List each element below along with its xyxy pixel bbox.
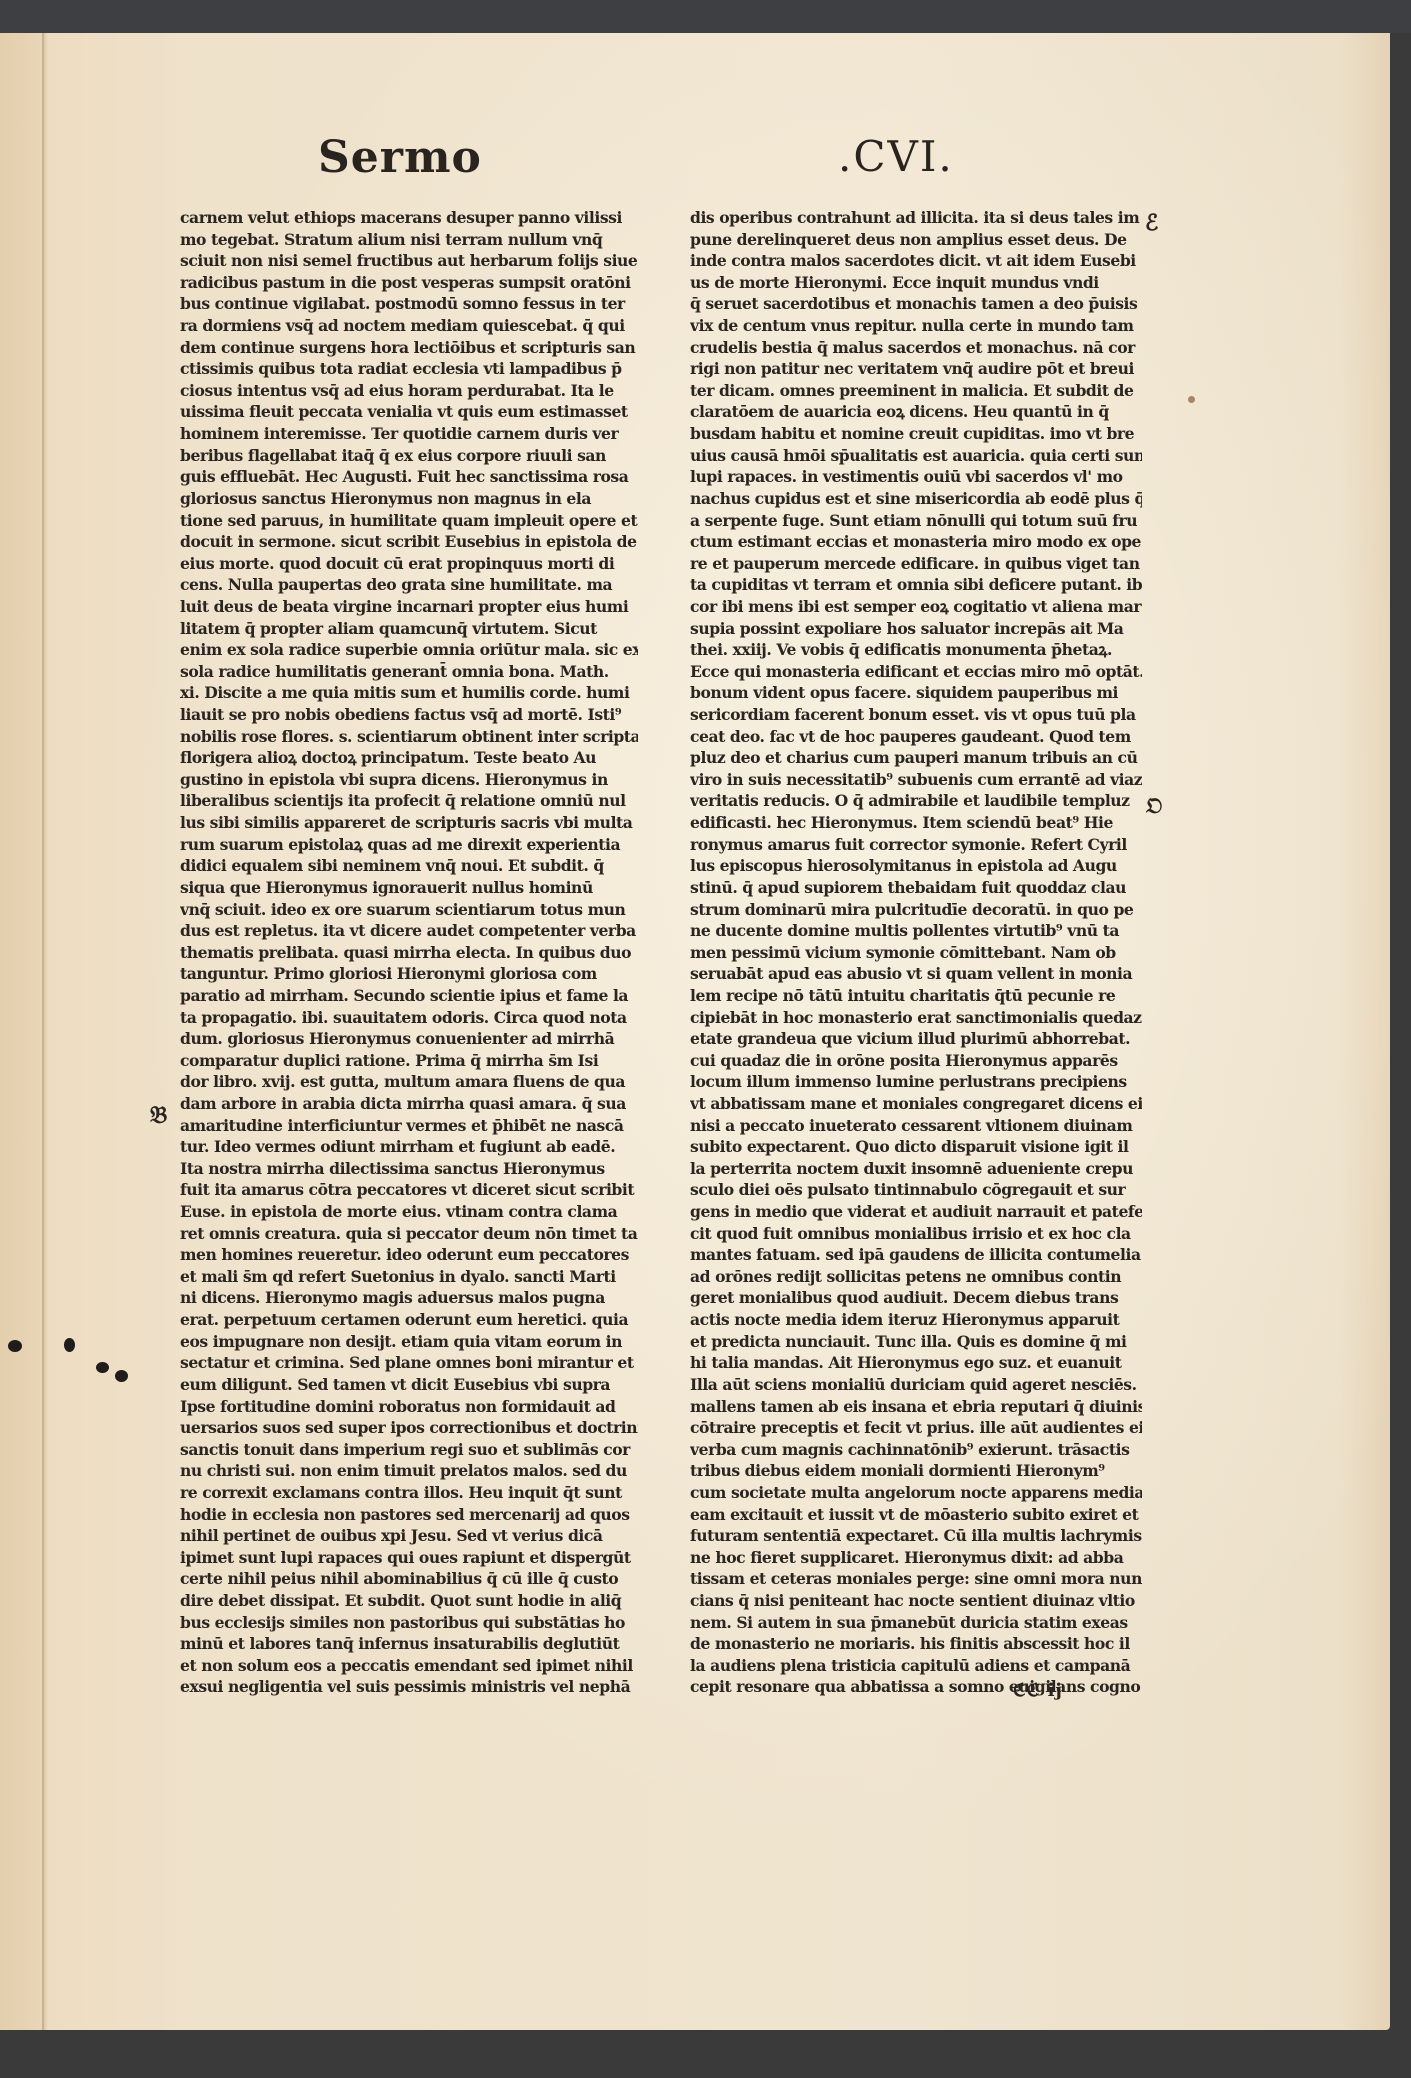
text-line: eius morte. quod docuit cū erat propinqu… — [180, 553, 638, 575]
text-line: paratio ad mirrham. Secundo scientie ipi… — [180, 985, 638, 1007]
text-line: verba cum magnis cachinnatōnib⁹ exierunt… — [690, 1439, 1142, 1461]
text-line: fuit ita amarus cōtra peccatores vt dice… — [180, 1179, 638, 1201]
text-line: hominem interemisse. Ter quotidie carnem… — [180, 423, 638, 445]
text-line: nobilis rose flores. s. scientiarum obti… — [180, 726, 638, 748]
text-line: mallens tamen ab eis insana et ebria rep… — [690, 1396, 1142, 1418]
text-line: nu christi sui. non enim timuit prelatos… — [180, 1460, 638, 1482]
text-line: ronymus amarus fuit corrector symonie. R… — [690, 834, 1142, 856]
text-line: re et pauperum mercede edificare. in qui… — [690, 553, 1142, 575]
text-line: etate grandeua que vicium illud plurimū … — [690, 1028, 1142, 1050]
text-line: et mali s̄m qd refert Suetonius in dyalo… — [180, 1266, 638, 1288]
marginal-letter: 𝔒 — [1146, 793, 1162, 819]
text-line: cepit resonare qua abbatissa a somno eui… — [690, 1676, 1142, 1698]
text-line: certe nihil peius nihil abominabilius q̄… — [180, 1568, 638, 1590]
ink-blot — [96, 1362, 109, 1373]
ink-blot — [115, 1370, 128, 1382]
text-line: nachus cupidus est et sine misericordia … — [690, 488, 1142, 510]
ink-blot — [64, 1338, 75, 1352]
text-line: subito expectarent. Quo dicto disparuit … — [690, 1136, 1142, 1158]
marginal-letter: ℰ — [1145, 210, 1158, 236]
text-line: tissam et ceteras moniales perge: sine o… — [690, 1568, 1142, 1590]
text-line: us de morte Hieronymi. Ecce inquit mundu… — [690, 272, 1142, 294]
text-line: dam arbore in arabia dicta mirrha quasi … — [180, 1093, 638, 1115]
text-line: amaritudine interficiuntur vermes et p̄h… — [180, 1115, 638, 1137]
text-line: sanctis tonuit dans imperium regi suo et… — [180, 1439, 638, 1461]
text-line: cor ibi mens ibi est semper eoꝝ cogitati… — [690, 596, 1142, 618]
text-line: litatem q̄ propter aliam quamcunq̄ virtu… — [180, 618, 638, 640]
text-line: Ita nostra mirrha dilectissima sanctus H… — [180, 1158, 638, 1180]
text-line: bonum vident opus facere. siquidem paupe… — [690, 682, 1142, 704]
text-line: edificasti. hec Hieronymus. Item sciendū… — [690, 812, 1142, 834]
text-line: ceat deo. fac vt de hoc pauperes gaudean… — [690, 726, 1142, 748]
text-line: rigi non patitur nec veritatem vnq̄ audi… — [690, 358, 1142, 380]
text-line: erat. perpetuum certamen oderunt eum her… — [180, 1309, 638, 1331]
text-line: re correxit exclamans contra illos. Heu … — [180, 1482, 638, 1504]
text-line: thei. xxiij. Ve vobis q̄ edificatis monu… — [690, 639, 1142, 661]
text-line: Ecce qui monasteria edificant et eccias … — [690, 661, 1142, 683]
text-line: uissima fleuit peccata venialia vt quis … — [180, 401, 638, 423]
text-line: comparatur duplici ratione. Prima q̄ mir… — [180, 1050, 638, 1072]
text-line: luit deus de beata virgine incarnari pro… — [180, 596, 638, 618]
text-line: lus episcopus hierosolymitanus in episto… — [690, 855, 1142, 877]
text-line: eam excitauit et iussit vt de mōasterio … — [690, 1504, 1142, 1526]
ink-blot — [8, 1340, 22, 1352]
text-line: locum illum immenso lumine perlustrans p… — [690, 1071, 1142, 1093]
text-line: hi talia mandas. Ait Hieronymus ego suz.… — [690, 1352, 1142, 1374]
text-line: cipiebāt in hoc monasterio erat sanctimo… — [690, 1007, 1142, 1029]
text-line: inde contra malos sacerdotes dicit. vt a… — [690, 250, 1142, 272]
text-line: sectatur et crimina. Sed plane omnes bon… — [180, 1352, 638, 1374]
text-line: cians q̄ nisi peniteant hac nocte sentie… — [690, 1590, 1142, 1612]
paper-stain — [1188, 396, 1195, 403]
text-line: nisi a peccato inueterato cessarent vlti… — [690, 1115, 1142, 1137]
text-line: ta propagatio. ibi. suauitatem odoris. C… — [180, 1007, 638, 1029]
text-line: a serpente fuge. Sunt etiam nōnulli qui … — [690, 510, 1142, 532]
text-line: tribus diebus eidem moniali dormienti Hi… — [690, 1460, 1142, 1482]
text-line: sericordiam facerent bonum esset. vis vt… — [690, 704, 1142, 726]
text-line: supia possint expoliare hos saluator inc… — [690, 618, 1142, 640]
text-line: et predicta nunciauit. Tunc illa. Quis e… — [690, 1331, 1142, 1353]
text-line: cui quadaz die in orōne posita Hieronymu… — [690, 1050, 1142, 1072]
text-line: ne hoc fieret supplicaret. Hieronymus di… — [690, 1547, 1142, 1569]
text-line: gloriosus sanctus Hieronymus non magnus … — [180, 488, 638, 510]
text-line: de monasterio ne moriaris. his finitis a… — [690, 1633, 1142, 1655]
text-line: thematis prelibata. quasi mirrha electa.… — [180, 942, 638, 964]
text-line: dire debet dissipat. Et subdit. Quot sun… — [180, 1590, 638, 1612]
text-line: vix de centum vnus repitur. nulla certe … — [690, 315, 1142, 337]
text-line: tur. Ideo vermes odiunt mirrham et fugiu… — [180, 1136, 638, 1158]
text-line: exsui negligentia vel suis pessimis mini… — [180, 1676, 638, 1698]
signature-mark: ℭℭ ij — [1013, 1680, 1063, 1701]
text-line: cōtraire preceptis et fecit vt prius. il… — [690, 1417, 1142, 1439]
text-line: cit quod fuit omnibus monialibus irrisio… — [690, 1223, 1142, 1245]
text-line: ter dicam. omnes preeminent in malicia. … — [690, 380, 1142, 402]
text-line: gustino in epistola vbi supra dicens. Hi… — [180, 769, 638, 791]
text-line: eos impugnare non desijt. etiam quia vit… — [180, 1331, 638, 1353]
text-line: actis nocte media idem iteruz Hieronymus… — [690, 1309, 1142, 1331]
text-line: ctissimis quibus tota radiat ecclesia vt… — [180, 358, 638, 380]
text-line: busdam habitu et nomine creuit cupiditas… — [690, 423, 1142, 445]
text-column-right: dis operibus contrahunt ad illicita. ita… — [690, 207, 1142, 1698]
text-line: eum diligunt. Sed tamen vt dicit Eusebiu… — [180, 1374, 638, 1396]
text-line: bus ecclesijs similes non pastoribus qui… — [180, 1612, 638, 1634]
text-line: q̄ seruet sacerdotibus et monachis tamen… — [690, 293, 1142, 315]
text-line: nem. Si autem in sua p̄manebūt duricia s… — [690, 1612, 1142, 1634]
text-line: geret monialibus quod audiuit. Decem die… — [690, 1287, 1142, 1309]
text-line: Euse. in epistola de morte eius. vtinam … — [180, 1201, 638, 1223]
text-line: tione sed paruus, in humilitate quam imp… — [180, 510, 638, 532]
marginal-letter: 𝔅 — [150, 1100, 167, 1129]
text-line: enim ex sola radice superbie omnia oriūt… — [180, 639, 638, 661]
text-line: carnem velut ethiops macerans desuper pa… — [180, 207, 638, 229]
text-line: uius causā hmōi sp̄ualitatis est auarici… — [690, 445, 1142, 467]
text-line: vnq̄ sciuit. ideo ex ore suarum scientia… — [180, 899, 638, 921]
text-line: men homines reueretur. ideo oderunt eum … — [180, 1244, 638, 1266]
scan-background-top — [0, 0, 1411, 33]
text-line: dis operibus contrahunt ad illicita. ita… — [690, 207, 1142, 229]
text-line: minū et labores tanq̄ infernus insaturab… — [180, 1633, 638, 1655]
text-line: ad orōnes redijt sollicitas petens ne om… — [690, 1266, 1142, 1288]
text-line: Ipse fortitudine domini roboratus non fo… — [180, 1396, 638, 1418]
text-line: nihil pertinet de ouibus xpi Jesu. Sed v… — [180, 1525, 638, 1547]
text-line: ta cupiditas vt terram et omnia sibi def… — [690, 574, 1142, 596]
text-line: seruabāt apud eas abusio vt si quam vell… — [690, 963, 1142, 985]
text-line: futuram sententiā expectaret. Cū illa mu… — [690, 1525, 1142, 1547]
text-line: sciuit non nisi semel fructibus aut herb… — [180, 250, 638, 272]
text-line: docuit in sermone. sicut scribit Eusebiu… — [180, 531, 638, 553]
text-line: dem continue surgens hora lectiōibus et … — [180, 337, 638, 359]
text-line: pluz deo et charius cum pauperi manum tr… — [690, 747, 1142, 769]
text-line: cens. Nulla paupertas deo grata sine hum… — [180, 574, 638, 596]
previous-leaf-edge — [0, 33, 44, 2030]
text-line: et non solum eos a peccatis emendant sed… — [180, 1655, 638, 1677]
text-line: beribus flagellabat itaq̄ q̄ ex eius cor… — [180, 445, 638, 467]
text-line: rum suarum epistolaꝝ quas ad me direxit … — [180, 834, 638, 856]
text-line: siqua que Hieronymus ignorauerit nullus … — [180, 877, 638, 899]
text-line: radicibus pastum in die post vesperas su… — [180, 272, 638, 294]
text-line: ctum estimant eccias et monasteria miro … — [690, 531, 1142, 553]
text-line: liauit se pro nobis obediens factus vsq̄… — [180, 704, 638, 726]
text-line: dor libro. xvij. est gutta, multum amara… — [180, 1071, 638, 1093]
text-line: mantes fatuam. sed ipā gaudens de illici… — [690, 1244, 1142, 1266]
running-head-right-folio: .CVI. — [838, 132, 954, 181]
text-line: tanguntur. Primo gloriosi Hieronymi glor… — [180, 963, 638, 985]
text-line: lupi rapaces. in vestimentis ouiū vbi sa… — [690, 466, 1142, 488]
text-line: cum societate multa angelorum nocte appa… — [690, 1482, 1142, 1504]
text-line: pune derelinqueret deus non amplius esse… — [690, 229, 1142, 251]
text-line: ciosus intentus vsq̄ ad eius horam perdu… — [180, 380, 638, 402]
text-line: ni dicens. Hieronymo magis aduersus malo… — [180, 1287, 638, 1309]
text-line: lem recipe nō tātū intuitu charitatis q̄… — [690, 985, 1142, 1007]
text-line: florigera alioꝝ doctoꝝ principatum. Test… — [180, 747, 638, 769]
text-line: didici equalem sibi neminem vnq̄ noui. E… — [180, 855, 638, 877]
text-line: gens in medio que viderat et audiuit nar… — [690, 1201, 1142, 1223]
text-line: la audiens plena tristicia capitulū adie… — [690, 1655, 1142, 1677]
text-line: guis effluebāt. Hec Augusti. Fuit hec sa… — [180, 466, 638, 488]
text-line: claratōem de auaricia eoꝝ dicens. Heu qu… — [690, 401, 1142, 423]
text-line: uersarios suos sed super ipos correction… — [180, 1417, 638, 1439]
text-line: ra dormiens vsq̄ ad noctem mediam quiesc… — [180, 315, 638, 337]
text-line: bus continue vigilabat. postmodū somno f… — [180, 293, 638, 315]
text-line: dum. gloriosus Hieronymus conuenienter a… — [180, 1028, 638, 1050]
text-line: men pessimū vicium symonie cōmittebant. … — [690, 942, 1142, 964]
text-line: lus sibi similis appareret de scripturis… — [180, 812, 638, 834]
running-head-left: Sermo — [318, 132, 482, 183]
text-column-left: carnem velut ethiops macerans desuper pa… — [180, 207, 638, 1698]
text-line: sola radice humilitatis generant̄ omnia … — [180, 661, 638, 683]
text-line: strum dominarū mira pulcritudīe decoratū… — [690, 899, 1142, 921]
text-line: dus est repletus. ita vt dicere audet co… — [180, 920, 638, 942]
text-line: ipimet sunt lupi rapaces qui oues rapiun… — [180, 1547, 638, 1569]
text-line: stinū. q̄ apud supiorem thebaidam fuit q… — [690, 877, 1142, 899]
text-line: ret omnis creatura. quia si peccator deu… — [180, 1223, 638, 1245]
text-line: mo tegebat. Stratum alium nisi terram nu… — [180, 229, 638, 251]
text-line: sculo diei oēs pulsato tintinnabulo cōgr… — [690, 1179, 1142, 1201]
text-line: vt abbatissam mane et moniales congregar… — [690, 1093, 1142, 1115]
text-line: Illa aūt sciens monialiū duriciam quid a… — [690, 1374, 1142, 1396]
text-line: xi. Discite a me quia mitis sum et humil… — [180, 682, 638, 704]
text-line: veritatis reducis. O q̄ admirabile et la… — [690, 790, 1142, 812]
text-line: ne ducente domine multis pollentes virtu… — [690, 920, 1142, 942]
text-line: viro in suis necessitatib⁹ subuenis cum … — [690, 769, 1142, 791]
text-line: la perterrita noctem duxit insomnē aduen… — [690, 1158, 1142, 1180]
text-line: crudelis bestia q̄ malus sacerdos et mon… — [690, 337, 1142, 359]
text-line: hodie in ecclesia non pastores sed merce… — [180, 1504, 638, 1526]
text-line: liberalibus scientijs ita profecit q̄ re… — [180, 790, 638, 812]
